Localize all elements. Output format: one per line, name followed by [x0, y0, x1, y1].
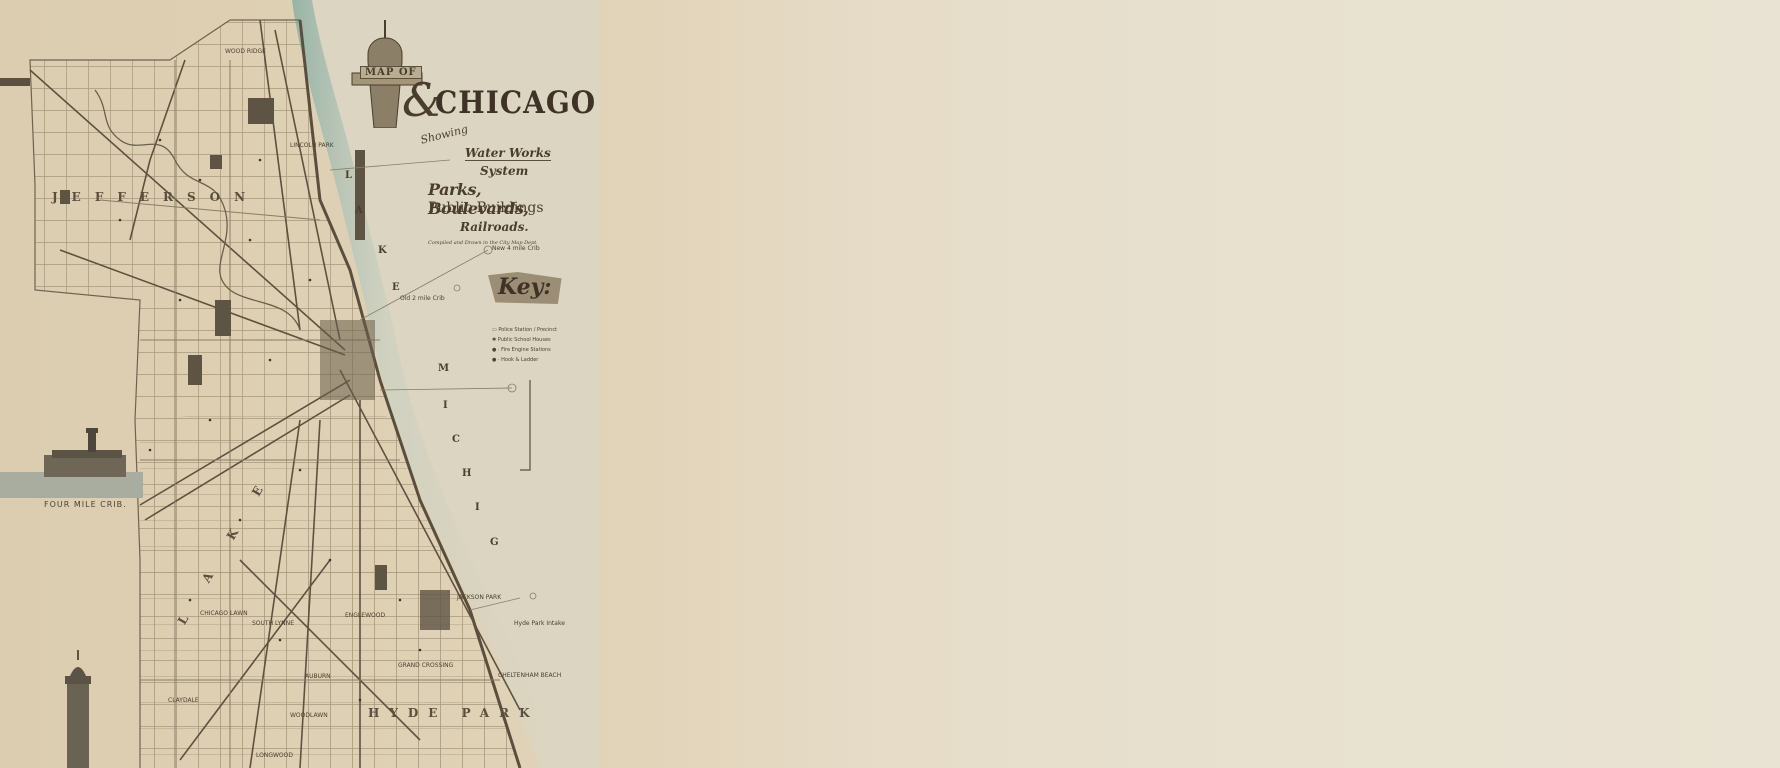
- district-label-jefferson: JEFFERSON: [52, 190, 259, 204]
- key-item-hook-ladder: ● · Hook & Ladder: [492, 355, 557, 365]
- key-item-fire-engine: ● · Fire Engine Stations: [492, 345, 557, 355]
- subject-railroads: Railroads.: [460, 220, 529, 234]
- place-label: CLAYDALE: [168, 697, 199, 704]
- place-label: ENGLEWOOD: [345, 612, 385, 619]
- key-item-police: ▭ Police Station / Precinct: [492, 325, 557, 335]
- city-title: CHICAGO: [435, 84, 596, 120]
- district-label-hyde-park: HYDE PARK: [368, 706, 540, 720]
- place-label: WOODLAWN: [290, 712, 328, 719]
- lake-letter: I: [475, 502, 480, 513]
- place-label: SOUTH LYNNE: [252, 620, 294, 627]
- subject-system: System: [480, 164, 528, 178]
- lake-letter: I: [443, 400, 448, 411]
- map-key-legend: ▭ Police Station / Precinct ✱ Public Sch…: [492, 325, 557, 365]
- subject-water-works: Water Works: [465, 146, 551, 161]
- place-label: LINCOLN PARK: [290, 142, 334, 149]
- map-sheet: MAP OF & CHICAGO Showing Water Works Sys…: [0, 0, 600, 768]
- place-label: LONGWOOD: [256, 752, 293, 759]
- lake-letter: G: [490, 537, 499, 548]
- lake-letter: L: [345, 170, 352, 181]
- key-item-school: ✱ Public School Houses: [492, 335, 557, 345]
- place-label: CHELTENHAM BEACH: [498, 672, 561, 679]
- subject-public-buildings: Public Buildings: [428, 200, 544, 216]
- place-label: Hyde Park Intake: [514, 620, 565, 627]
- water-tower-vignette: [65, 650, 91, 768]
- place-label: Old 2 mile Crib: [400, 295, 445, 302]
- lake-letter: E: [392, 282, 400, 293]
- four-mile-crib-vignette: [0, 428, 143, 498]
- place-label: CHICAGO LAWN: [200, 610, 248, 617]
- place-label: WOOD RIDGE: [225, 48, 266, 55]
- lake-letter: A: [355, 205, 363, 216]
- lake-letter: M: [438, 363, 449, 374]
- lake-letter: H: [462, 468, 471, 479]
- place-label: JACKSON PARK: [457, 594, 501, 601]
- lake-letter: K: [378, 245, 387, 256]
- four-mile-crib-caption: FOUR MILE CRIB.: [44, 500, 127, 509]
- place-label: GRAND CROSSING: [398, 662, 453, 669]
- place-label: AUBURN: [305, 673, 331, 680]
- place-label: New 4 mile Crib: [492, 245, 540, 252]
- lake-letter: C: [452, 434, 460, 445]
